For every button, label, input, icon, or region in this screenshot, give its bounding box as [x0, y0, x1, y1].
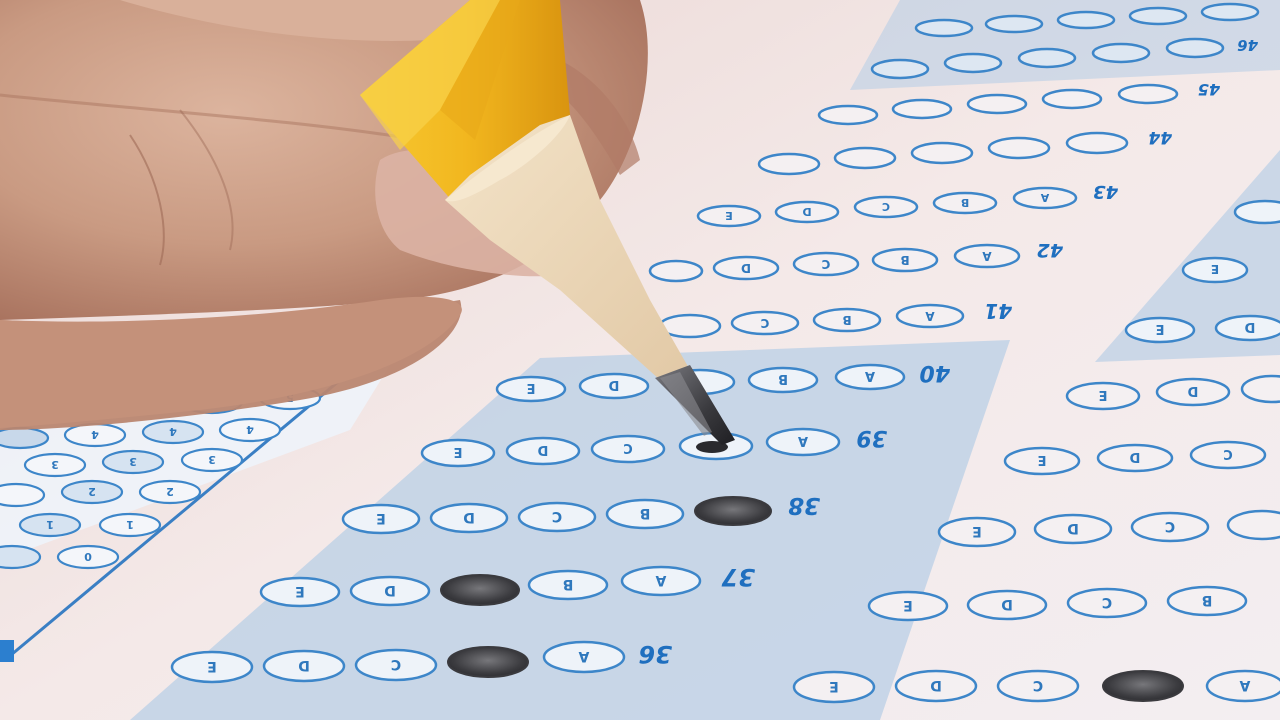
svg-text:C: C	[552, 508, 562, 524]
svg-text:B: B	[563, 576, 574, 592]
svg-text:2: 2	[166, 485, 174, 498]
svg-text:A: A	[925, 309, 935, 323]
svg-text:E: E	[207, 658, 217, 674]
svg-text:2: 2	[88, 485, 96, 498]
svg-text:D: D	[537, 442, 548, 457]
svg-text:C: C	[760, 316, 769, 330]
svg-text:D: D	[1067, 520, 1079, 536]
svg-text:4: 4	[91, 428, 99, 441]
svg-text:B: B	[900, 253, 909, 267]
svg-text:A: A	[578, 648, 589, 664]
svg-text:E: E	[527, 380, 536, 395]
svg-text:E: E	[376, 510, 386, 526]
svg-text:A: A	[1239, 677, 1250, 693]
svg-text:E: E	[1211, 262, 1219, 276]
svg-text:E: E	[829, 678, 839, 694]
svg-text:D: D	[802, 205, 811, 218]
svg-text:B: B	[640, 505, 651, 521]
svg-text:E: E	[295, 583, 305, 599]
svg-text:C: C	[391, 656, 401, 672]
svg-text:E: E	[1156, 321, 1165, 336]
svg-text:46: 46	[1237, 36, 1259, 54]
svg-text:3: 3	[129, 455, 137, 468]
svg-text:C: C	[1223, 446, 1233, 461]
svg-text:C: C	[1102, 594, 1112, 610]
svg-text:C: C	[1165, 518, 1175, 534]
svg-text:B: B	[1202, 592, 1213, 608]
svg-text:41: 41	[984, 299, 1013, 323]
svg-text:B: B	[961, 196, 969, 209]
svg-text:D: D	[384, 582, 396, 598]
svg-text:37: 37	[721, 563, 755, 591]
svg-text:44: 44	[1148, 127, 1173, 147]
svg-text:D: D	[463, 509, 475, 525]
svg-text:B: B	[778, 371, 788, 386]
svg-text:36: 36	[639, 640, 672, 668]
svg-text:B: B	[842, 313, 851, 327]
svg-text:A: A	[865, 368, 875, 383]
svg-text:E: E	[903, 597, 913, 613]
svg-text:43: 43	[1093, 181, 1119, 202]
svg-text:38: 38	[788, 492, 820, 518]
svg-text:C: C	[882, 200, 890, 213]
svg-text:A: A	[798, 433, 808, 448]
timing-mark	[0, 640, 14, 662]
svg-text:E: E	[972, 523, 982, 539]
photo-scene: 40 A B D E 39 A C D	[0, 0, 1280, 720]
svg-text:45: 45	[1198, 80, 1221, 99]
svg-text:4: 4	[169, 425, 177, 438]
svg-text:D: D	[608, 377, 619, 392]
svg-text:0: 0	[84, 550, 92, 563]
answer-sheet: 40 A B D E 39 A C D	[0, 0, 1280, 720]
svg-text:E: E	[1038, 452, 1047, 467]
svg-text:3: 3	[208, 453, 216, 466]
svg-text:1: 1	[126, 518, 134, 531]
svg-text:D: D	[298, 657, 310, 673]
svg-text:42: 42	[1037, 239, 1064, 261]
svg-text:D: D	[741, 261, 751, 275]
svg-text:A: A	[1040, 191, 1049, 204]
svg-text:D: D	[1187, 383, 1198, 398]
svg-text:E: E	[1099, 387, 1108, 402]
svg-text:E: E	[725, 209, 733, 222]
svg-text:4: 4	[246, 423, 254, 436]
svg-text:1: 1	[46, 518, 54, 531]
svg-text:3: 3	[51, 458, 59, 471]
svg-text:40: 40	[919, 360, 951, 385]
svg-text:39: 39	[856, 425, 887, 450]
svg-text:A: A	[982, 249, 992, 263]
svg-text:C: C	[623, 440, 633, 455]
svg-text:C: C	[1033, 677, 1043, 693]
svg-text:D: D	[1129, 449, 1140, 464]
svg-text:C: C	[821, 257, 830, 271]
svg-text:D: D	[1001, 596, 1013, 612]
svg-text:D: D	[930, 677, 942, 693]
svg-text:D: D	[1244, 319, 1255, 334]
svg-text:E: E	[454, 444, 463, 459]
svg-text:A: A	[655, 572, 666, 588]
